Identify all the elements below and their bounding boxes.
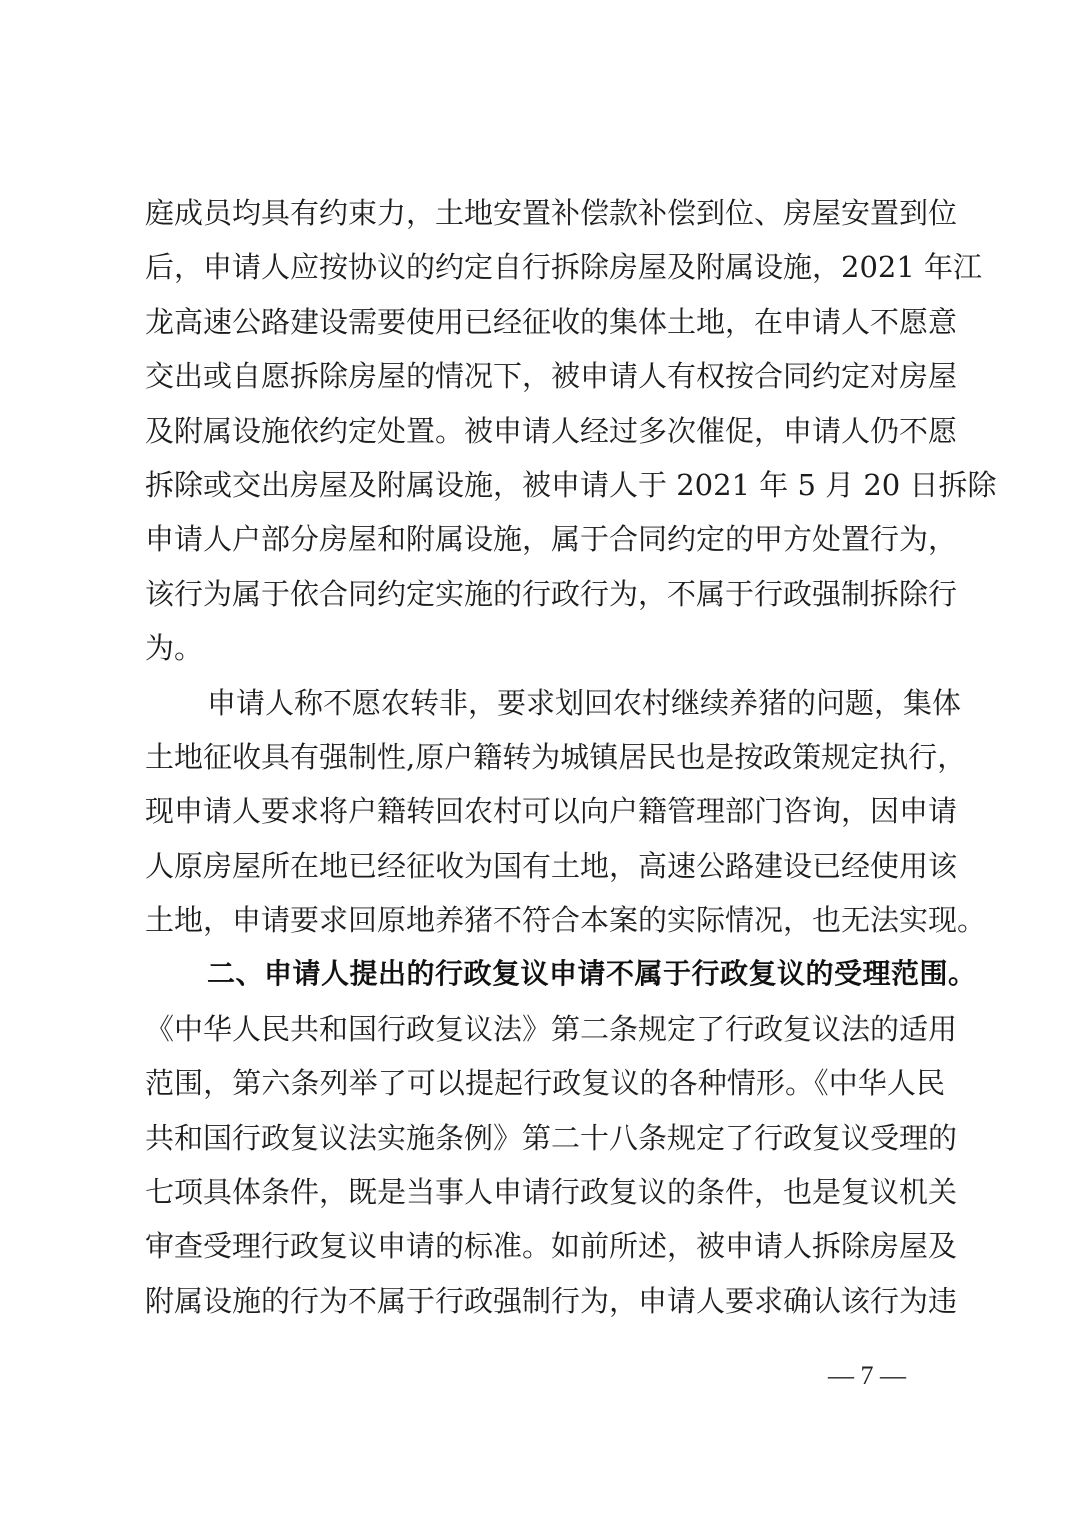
paragraph-first-line: 申请人称不愿农转非，要求划回农村继续养猪的问题，集体 bbox=[145, 676, 945, 730]
document-page: 庭成员均具有约束力，土地安置补偿款补偿到位、房屋安置到位 后，申请人应按协议的约… bbox=[0, 0, 1074, 1520]
text-line: 七项具体条件，既是当事人申请行政复议的条件，也是复议机关 bbox=[145, 1165, 945, 1219]
text-line: 及附属设施依约定处置。被申请人经过多次催促，申请人仍不愿 bbox=[145, 404, 945, 458]
text-line: 龙高速公路建设需要使用已经征收的集体土地，在申请人不愿意 bbox=[145, 295, 945, 349]
text-line: 该行为属于依合同约定实施的行政行为，不属于行政强制拆除行 bbox=[145, 567, 945, 621]
text-line: 人原房屋所在地已经征收为国有土地，高速公路建设已经使用该 bbox=[145, 839, 945, 893]
text-line: 申请人户部分房屋和附属设施，属于合同约定的甲方处置行为， bbox=[145, 512, 945, 566]
text-line: 交出或自愿拆除房屋的情况下，被申请人有权按合同约定对房屋 bbox=[145, 349, 945, 403]
text-line: 范围，第六条列举了可以提起行政复议的各种情形。《中华人民 bbox=[145, 1056, 945, 1110]
document-body: 庭成员均具有约束力，土地安置补偿款补偿到位、房屋安置到位 后，申请人应按协议的约… bbox=[145, 186, 945, 1328]
text-line: 共和国行政复议法实施条例》第二十八条规定了行政复议受理的 bbox=[145, 1111, 945, 1165]
text-line: 后，申请人应按协议的约定自行拆除房屋及附属设施，2021 年江 bbox=[145, 240, 945, 294]
text-line: 拆除或交出房屋及附属设施，被申请人于 2021 年 5 月 20 日拆除 bbox=[145, 458, 945, 512]
page-number: — 7 — bbox=[822, 1361, 912, 1391]
text-line: 《中华人民共和国行政复议法》第二条规定了行政复议法的适用 bbox=[145, 1002, 945, 1056]
section-heading: 二、申请人提出的行政复议申请不属于行政复议的受理范围。 bbox=[145, 947, 945, 1001]
text-line: 为。 bbox=[145, 621, 945, 675]
text-line: 庭成员均具有约束力，土地安置补偿款补偿到位、房屋安置到位 bbox=[145, 186, 945, 240]
text-line: 土地，申请要求回原地养猪不符合本案的实际情况，也无法实现。 bbox=[145, 893, 945, 947]
text-line: 附属设施的行为不属于行政强制行为，申请人要求确认该行为违 bbox=[145, 1274, 945, 1328]
text-line: 土地征收具有强制性,原户籍转为城镇居民也是按政策规定执行， bbox=[145, 730, 945, 784]
text-line: 现申请人要求将户籍转回农村可以向户籍管理部门咨询，因申请 bbox=[145, 784, 945, 838]
text-line: 审查受理行政复议申请的标准。如前所述，被申请人拆除房屋及 bbox=[145, 1219, 945, 1273]
